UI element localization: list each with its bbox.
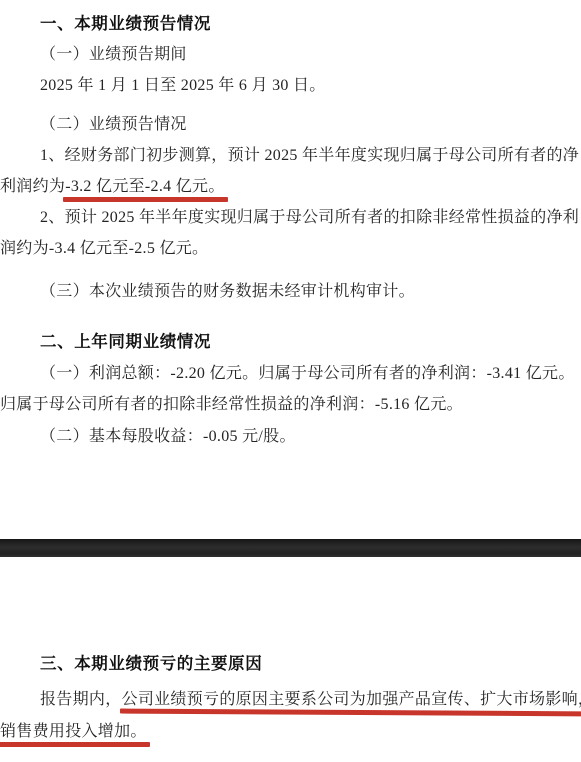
section2-heading: 二、上年同期业绩情况: [40, 331, 211, 353]
prior-period-profit-line2: 归属于母公司所有者的扣除非经常性损益的净利润：-5.16 亿元。: [0, 394, 463, 416]
section1-sub1-title: （一）业绩预告期间: [40, 44, 187, 66]
announcement-document-page: 一、本期业绩预告情况 （一）业绩预告期间 2025 年 1 月 1 日至 202…: [0, 0, 581, 762]
forecast-period: 2025 年 1 月 1 日至 2025 年 6 月 30 日。: [40, 75, 326, 97]
net-profit-forecast-line1: 1、经财务部门初步测算，预计 2025 年半年度实现归属于母公司所有者的净: [40, 145, 579, 167]
section1-heading: 一、本期业绩预告情况: [40, 13, 211, 35]
net-profit-range-underlined: -3.2 亿元至-2.4 亿元。: [65, 176, 224, 198]
page-break-divider: [0, 539, 581, 557]
loss-reason-line2: 销售费用投入增加。: [0, 721, 147, 743]
deducted-profit-forecast-line1: 2、预计 2025 年半年度实现归属于母公司所有者的扣除非经常性损益的净利: [40, 207, 579, 229]
deducted-profit-forecast-line2: 润约为-3.4 亿元至-2.5 亿元。: [0, 238, 208, 260]
loss-reason-line1-plain: 报告期内，: [40, 691, 122, 708]
section3-heading: 三、本期业绩预亏的主要原因: [40, 653, 262, 675]
prior-period-eps: （二）基本每股收益：-0.05 元/股。: [40, 426, 296, 448]
section1-sub3-unaudited-note: （三）本次业绩预告的财务数据未经审计机构审计。: [40, 281, 415, 303]
sales-expense-underlined: 销售费用投入增加。: [0, 721, 147, 743]
loss-reason-line1: 报告期内，公司业绩预亏的原因主要系公司为加强产品宣传、扩大市场影响，: [40, 689, 581, 711]
loss-reason-underlined: 公司业绩预亏的原因主要系公司为加强产品宣传、扩大市场影响，: [122, 689, 581, 711]
section1-sub2-title: （二）业绩预告情况: [40, 114, 187, 136]
net-profit-forecast-line2-plain: 利润约为: [0, 178, 65, 195]
prior-period-profit-line1: （一）利润总额：-2.20 亿元。归属于母公司所有者的净利润：-3.41 亿元。: [40, 363, 575, 385]
net-profit-forecast-line2: 利润约为-3.2 亿元至-2.4 亿元。: [0, 176, 225, 198]
